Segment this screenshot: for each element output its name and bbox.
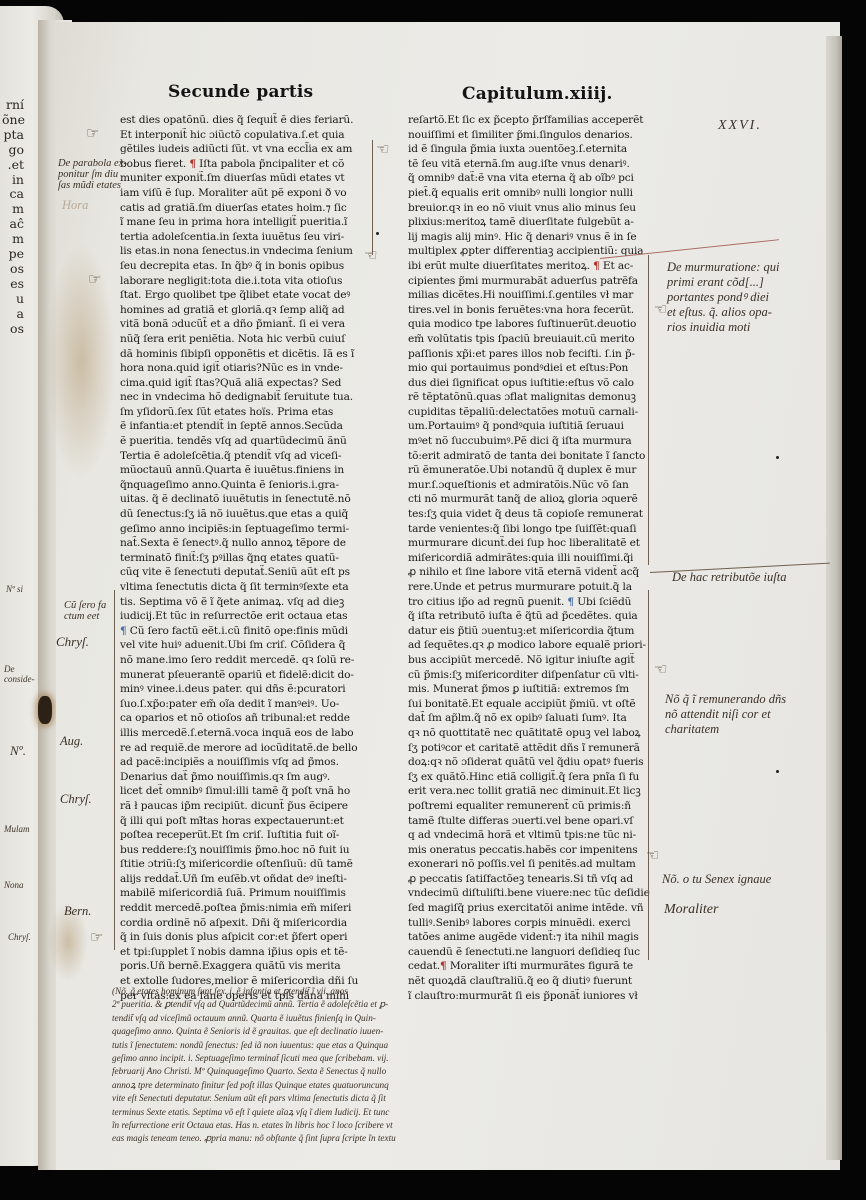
left-page-note-nona: Nona	[4, 880, 24, 890]
margin-note-line: De murmuratione: qui	[667, 260, 780, 275]
margin-note-line: Nõ q̃ ĩ remunerando dñs	[665, 692, 786, 707]
text-line: ſm yſidorũ.ſex ſũt etates hoïs. Prima et…	[120, 405, 365, 420]
text-line: poris.Uñ bernẽ.Exaggera quãtũ vis merita	[120, 959, 365, 974]
footnote-line: annoꝝ tpre determinato finitur ſed poſt …	[112, 1079, 472, 1092]
text-line: ibi erũt multe diuerſitates meritoꝝ. ¶ E…	[408, 259, 650, 274]
foxing-stain	[46, 242, 116, 482]
text-line: lis etas.in nona ſenectus.in vndecima ſe…	[120, 244, 365, 259]
margin-note-chrys-2: Chryſ.	[60, 792, 92, 807]
text-line: mabilẽ miſericordiã ſuã. Primum nouiſſim…	[120, 886, 365, 901]
text-line: mio qui portauimus pondꝰdiei et eſtus:Po…	[408, 361, 650, 376]
fragment-line: õne	[2, 113, 24, 128]
rubricated-pilcrow: ¶	[567, 596, 574, 608]
fragment-line: in	[2, 173, 24, 188]
text-line: tõ:erit admiratõ de tanta dei bonitate ĩ…	[408, 449, 650, 464]
text-line: Et interponit̃ hic ɔiũctõ copulativa.ſ.e…	[120, 128, 365, 143]
text-line: q̃ illi qui poſt mł̃tas horas expectauer…	[120, 814, 365, 829]
margin-note-line: rios inuidia moti	[667, 320, 780, 335]
text-line: ſeu decrepita etas. In q̃bꝰ q̃ in bonis …	[120, 259, 365, 274]
text-line: ¶ Cũ ſero factũ eẽt.i.cũ finitõ ope:fini…	[120, 624, 365, 639]
fragment-line: es	[2, 277, 24, 292]
margin-note-line: Nõ. o tu Senex ignaue	[662, 872, 771, 887]
text-line: tro citius ip̃o ad regnũ ꝑuenit. ¶ Ubi ſ…	[408, 595, 650, 610]
text-line: mꝰet nõ ſuccubuimꝰ.Pẽ dici q̃ iſta murmu…	[408, 434, 650, 449]
text-line: ſʒ ex quãtõ.Hinc etiã colligit̃.q̃ ſera …	[408, 770, 650, 785]
margin-note-murmuratione: De murmuratione: quiprimi erant cõd[...]…	[667, 260, 780, 335]
text-line: exonerari nõ poſſis.vel ſi penitẽs.ad mu…	[408, 857, 650, 872]
text-line: dũ ſenectus:ſʒ iã nõ iuuẽtus.que etas a …	[120, 507, 365, 522]
margin-note-line: charitatem	[665, 722, 786, 737]
text-line: tulliꝰ.Senibꝰ labores corpis minuẽdi. ex…	[408, 916, 650, 931]
text-line: illis mercedẽ.ſ.eternã.voca inquã eos de…	[120, 726, 365, 741]
fragment-line: ca	[2, 187, 24, 202]
margin-note-line: primi erant cõd[...]	[667, 275, 780, 290]
text-line: poſtea receperũt.Et ſm criſ. Iuſtitia fu…	[120, 828, 365, 843]
text-line: est dies opatõnũ. dies q̃ ſequit̃ ẽ dies…	[120, 113, 365, 128]
left-page-note-chrys: Chryſ.	[8, 932, 31, 942]
text-column-left: est dies opatõnũ. dies q̃ ſequit̃ ẽ dies…	[120, 113, 365, 1003]
margin-note-senex: Nõ. o tu Senex ignaue	[662, 872, 771, 887]
footnote-line: vite eſt Senectuti deputatur. Senium aũt…	[112, 1092, 472, 1105]
margin-note-retributione: De hac retributõe iuſta	[672, 570, 786, 585]
margin-note-line: De hac retributõe iuſta	[672, 570, 786, 585]
text-line: geſimo anno incipiẽs:in ſeptuageſimo ter…	[120, 522, 365, 537]
text-line: vitã bonã ɔducũt̃ et a dño p̃miant̃. ſi …	[120, 317, 365, 332]
manicule-icon: ☞	[90, 928, 103, 946]
text-line: poſtremi equaliter remunerent̃ cũ primis…	[408, 799, 650, 814]
margin-note-moraliter: Moraliter	[664, 902, 718, 917]
fragment-line: os	[2, 322, 24, 337]
text-line: murmurare dicunt̃.dei ſup hoc liberalita…	[408, 536, 650, 551]
text-line: rũ ẽmuneratõe.Ubi notandũ q̃ duplex ẽ mu…	[408, 463, 650, 478]
running-header-left: Secunde partis	[168, 82, 313, 102]
text-line: ſtat. Ergo quolibet tpe q̃libet etate vo…	[120, 288, 365, 303]
text-line: ꝓ peccatis ſatiſfactõeꝫ tenearis.Si tñ v…	[408, 872, 650, 887]
fragment-line: a	[2, 307, 24, 322]
text-line: milias dicẽtes.Hi nouiſſimi.ſ.gentiles v…	[408, 288, 650, 303]
text-line: tires.vel in bonis feruẽtes:vna hora fec…	[408, 303, 650, 318]
text-line: nũq̃ ſera erit peniẽtia. Nota hic verbũ …	[120, 332, 365, 347]
text-line: ad pacẽ:incipiẽs a nouiſſimis vſq ad p̃m…	[120, 755, 365, 770]
text-line: rẽ tẽptatõnũ.quas ɔflat malignitas demon…	[408, 390, 650, 405]
margin-note-line: Chryſ.	[56, 634, 89, 649]
manicule-icon: ☞	[376, 140, 389, 158]
margin-note-line: De parabola ex-	[58, 158, 127, 169]
text-line: plixius:meritoꝝ tamẽ diuerſitate fulgebũ…	[408, 215, 650, 230]
margin-note-line: Hora	[62, 198, 88, 213]
text-line: q ad vndecimã horã et vltimũ tpis:ne tũc…	[408, 828, 650, 843]
text-line: nouiſſimi et ſimiliter p̃mi.ſingulos den…	[408, 128, 650, 143]
fragment-line: os	[2, 262, 24, 277]
text-line: ſtitie ɔtriũ:ſʒ miſericordie oſtenſiuũ: …	[120, 857, 365, 872]
running-header-right: Capitulum.xiiij.	[462, 84, 613, 104]
text-line: bus reddere:ſʒ nouiſſimis p̃mo.hoc nõ fu…	[120, 843, 365, 858]
text-line: reſartõ.Et ſic ex p̃cepto p̃rſfamilias a…	[408, 113, 650, 128]
text-line: ẽ infantia:et ptendit̃ in ſeptẽ annos.Se…	[120, 419, 365, 434]
margin-note-line: Aug.	[60, 734, 83, 749]
text-line: iudicij.Et tũc in reſurrectõe erit octau…	[120, 609, 365, 624]
text-line: quia modico tpe labores ſuſtinuerũt.deuo…	[408, 317, 650, 332]
fragment-line: rní	[2, 98, 24, 113]
text-line: et tpi:ſupplet ĩ nobis damna ip̃ius opis…	[120, 945, 365, 960]
rubricated-pilcrow: ¶	[593, 260, 600, 272]
text-line: nec in vndecima hõ dedignabit̃ ſeruitute…	[120, 390, 365, 405]
text-line: tertia adoleſcentia.in ſexta iuuẽtus ſeu…	[120, 230, 365, 245]
margin-bracket-right-lower	[648, 590, 649, 960]
fragment-line: .et	[2, 158, 24, 173]
text-line: ſʒ potiꝰcor et caritatẽ attẽdit dñs ĩ re…	[408, 741, 650, 756]
text-line: laborare negligit:tota die.i.tota vita o…	[120, 274, 365, 289]
text-line: qꝛ nõ quottitatẽ nec quãtitatẽ opuꝫ vel …	[408, 726, 650, 741]
text-line: um.Portauimꝰ q̃ pondꝰquia iuſtitiã ſerua…	[408, 419, 650, 434]
text-line: ſuo.ſ.xp̃o:pater em̃ oĩa dedit ĩ manꝰeiꝰ…	[120, 697, 365, 712]
fragment-line: u	[2, 292, 24, 307]
margin-note-line: ctum eet	[64, 611, 106, 622]
manuscript-footnote: (Nõ. q̃ etates hominum ſunt ſex. i. ẽ in…	[112, 985, 472, 1146]
text-line: muniter exponit̃.ſm diuerſas mũdi etates…	[120, 171, 365, 186]
text-line: piet̃.q̃ equalis erit omnibꝰ nulli longi…	[408, 186, 650, 201]
text-line: q̃ omnibꝰ dat̃:ẽ vna vita eterna q̃ ab o…	[408, 171, 650, 186]
footnote-line: quageſimo anno. Quinta ẽ Senioris id ẽ g…	[112, 1025, 472, 1038]
text-line: uitas. q̃ ẽ declinatõ iuuẽtutis in ſenec…	[120, 492, 365, 507]
text-line: alijs reddat̃.Uñ ſm euſẽb.vt oñdat deꝰ i…	[120, 872, 365, 887]
text-line: dã hominis ſibipſi opponẽtis et dicẽtis.…	[120, 347, 365, 362]
margin-note-line: Moraliter	[664, 902, 718, 917]
text-line: cauendũ ẽ ſenectuti.ne languori deſidieq…	[408, 945, 650, 960]
rubricated-pilcrow: ¶	[189, 158, 196, 170]
text-line: breuior.qꝛ in eo nõ viuit vnus alio minu…	[408, 201, 650, 216]
text-line: licet det̃ omnibꝰ ſimul:illi tamẽ q̃ poſ…	[120, 784, 365, 799]
text-line: bobus fieret. ¶ Iſta pabola p̃ncipaliter…	[120, 157, 365, 172]
text-line: Denarius dat̃ p̃mo nouiſſimis.qꝛ ſm augꝰ…	[120, 770, 365, 785]
footnote-line: ĩn reſurrectione erit Octaua etas. Has n…	[112, 1119, 472, 1132]
text-line: datur eis p̃tiũ ɔuentuꝫ:et miſericordia …	[408, 624, 650, 639]
text-line: tamẽ ſtulte differas ɔuerti.vel bene opa…	[408, 814, 650, 829]
ink-dot	[376, 232, 379, 235]
fragment-line: go	[2, 143, 24, 158]
text-line: tatões anime augẽde vident̃:⁊ ita nihil …	[408, 930, 650, 945]
text-line: em̃ volũtatis tpis ſpaciũ breuiauit.cũ m…	[408, 332, 650, 347]
ink-dot	[776, 770, 779, 773]
rubricated-pilcrow: ¶	[120, 625, 127, 637]
footnote-line: tutis ĩ ſenectutem: nondũ ſenectus: ſed …	[112, 1039, 472, 1052]
text-line: cũq vite ẽ ſenectuti deputat̃.Seniũ aũt …	[120, 565, 365, 580]
footnote-line: 2ª pueritia. & ꝑtendit̃ vſq ad Quartũdec…	[112, 998, 472, 1011]
fragment-line: aĉ	[2, 217, 24, 232]
text-line: nõ mane.imo ſero reddit mercedẽ. qꝛ ſolũ…	[120, 653, 365, 668]
page-fore-edge	[826, 36, 842, 1160]
text-line: tarde venientes:q̃ ſibi longo tpe ſuiſſẽ…	[408, 522, 650, 537]
text-line: rere.Unde et petrus murmurare potuit.q̃ …	[408, 580, 650, 595]
text-line: cti nõ murmurãt tanq̃ de alioꝝ gloria ɔq…	[408, 492, 650, 507]
text-line: re ad requiẽ.de merore ad iocũditatẽ.de …	[120, 741, 365, 756]
text-line: miſericordiã admirãtes:quia illi nouiſſi…	[408, 551, 650, 566]
fragment-line: pe	[2, 247, 24, 262]
text-line: mis. Munerat p̃mos ꝑ iuſtitiã: extremos …	[408, 682, 650, 697]
text-line: dat̃ ſm ap̃lm.q̃ nõ ex opibꝰ ſaluati ſum…	[408, 711, 650, 726]
text-line: ꝓ nihilo et ſine labore vitã eternã vide…	[408, 565, 650, 580]
text-line: tis. Septima võ ẽ ĩ q̃ete animaꝝ. vſq ad…	[120, 595, 365, 610]
text-line: ĩ mane ſeu in prima hora intelligit̃ pue…	[120, 215, 365, 230]
worm-hole	[38, 696, 52, 724]
left-page-note-consideratione: De conside-	[4, 664, 40, 684]
rubricated-pilcrow: ¶	[440, 960, 447, 972]
text-line: cupiditas tẽpaliũ:delectatões motuũ carn…	[408, 405, 650, 420]
text-line: doꝝ:qꝛ nõ ɔſiderat quãtũ vel q̃diu opatꝰ…	[408, 755, 650, 770]
text-line: dus diei ſignificat opus iuſtitie:eſtus …	[408, 376, 650, 391]
margin-note-line: nõ attendit niſi cor et	[665, 707, 786, 722]
margin-note-parabola: De parabola ex-ponitur ſm diuſas mũdi et…	[58, 158, 127, 191]
text-line: mũoctauũ annũ.Quarta ẽ iuuẽtus.finiens i…	[120, 463, 365, 478]
margin-note-chrys-1: Chryſ.	[56, 634, 89, 649]
text-line: gẽtiles iudeis adiũcti ſũt. vt vna eccl̃…	[120, 142, 365, 157]
footnote-line: eas magis teneam teneo. ꝓpria manu: nõ o…	[112, 1132, 472, 1145]
text-line: ẽ pueritia. tendẽs vſq ad quartũdecimũ ã…	[120, 434, 365, 449]
fragment-line: m	[2, 232, 24, 247]
margin-note-line: ſas mũdi etates	[58, 180, 127, 191]
text-line: lij magis alij minꝰ. Hic q̃ denariꝰ vnus…	[408, 230, 650, 245]
text-line: nat̃.Sexta ẽ ſenectꝰ.q̃ nullo annoꝝ tẽpo…	[120, 536, 365, 551]
margin-bracket-mid	[372, 140, 373, 255]
text-line: ca oparios et nõ otioſos añ tribunal:et …	[120, 711, 365, 726]
margin-note-bern: Bern.	[64, 904, 91, 919]
text-line: ſed magiſq̃ prius exercitatõi anime intẽ…	[408, 901, 650, 916]
margin-note-line: Bern.	[64, 904, 91, 919]
margin-note-line: ponitur ſm diu	[58, 169, 127, 180]
footnote-line: (Nõ. q̃ etates hominum ſunt ſex. i. ẽ in…	[112, 985, 472, 998]
footnote-line: februarij Ano Christi. Mº Quinquageſimo …	[112, 1065, 472, 1078]
text-line: tẽ ſeu vitã eternã.ſm aug.iſte vnus dena…	[408, 157, 650, 172]
text-line: cũ p̃mis:ſʒ miſericorditer diſpenſatur c…	[408, 668, 650, 683]
text-line: Tertia ẽ adoleſcẽtia.q̃ ptendit̃ vſq ad …	[120, 449, 365, 464]
margin-note-line: portantes pondꝰ diei	[667, 290, 780, 305]
manicule-icon: ☜	[654, 300, 667, 318]
text-column-right: reſartõ.Et ſic ex p̃cepto p̃rſfamilias a…	[408, 113, 650, 1003]
text-line: munerat pſeuerantẽ opariũ et fidelẽ:dici…	[120, 668, 365, 683]
text-line: iam viſũ ẽ ſup. Moraliter aũt pẽ exponi …	[120, 186, 365, 201]
manicule-icon: ☜	[654, 660, 667, 678]
text-line: vel vite huiꝰ aduenit.Ubi ſm criſ. Cõſid…	[120, 638, 365, 653]
text-line: cipientes p̃mi murmurabãt aduerſus patrẽ…	[408, 274, 650, 289]
text-line: cordia ordinẽ nõ aſpexit. Dñi q̃ miſeric…	[120, 916, 365, 931]
folio-number: XXVI.	[718, 118, 762, 134]
footnote-line: terminus Sexte etatis. Septima võ eſt ĩ …	[112, 1106, 472, 1119]
text-line: reddit mercedẽ.poſtea p̃mis:nimia em̃ mi…	[120, 901, 365, 916]
text-line: q̃ iſta retributõ iuſta ẽ q̃tũ ad p̃cedẽ…	[408, 609, 650, 624]
margin-note-line: et eſtus. q̃. alios opa-	[667, 305, 780, 320]
text-line: terminatõ finit̃:ſʒ pꝰillas q̃nq etates …	[120, 551, 365, 566]
text-line: mur.ſ.ɔqueſtionis et admiratõis.Nũc võ ſ…	[408, 478, 650, 493]
text-line: vndecimũ diſtuliſti.bene viuere:nec tũc …	[408, 886, 650, 901]
text-line: homines ad gratiã et gloriã.qꝛ ſemp aliq…	[120, 303, 365, 318]
text-line: catis ad gratiã.ſm diuerſas etates hoim.…	[120, 201, 365, 216]
text-line: cima.quid igit̃ ſtas?Quã aliã expectas? …	[120, 376, 365, 391]
text-line: bus accipiũt mercedẽ. Nõ igitur iniuſte …	[408, 653, 650, 668]
margin-bracket-left	[114, 590, 115, 950]
manicule-icon: ☞	[88, 270, 101, 288]
footnote-line: geſimo anno incipit. i. Septuageſimo ter…	[112, 1052, 472, 1065]
manicule-icon: ☜	[646, 846, 659, 864]
text-line: erit vera.nec tollit gratiã nec diminuit…	[408, 784, 650, 799]
text-line: ſui bonitatẽ.Et equale accipiũt p̃miũ. v…	[408, 697, 650, 712]
margin-note-hora: Hora	[62, 198, 88, 213]
text-line: vltima ſenectutis dicta q̃ ſit terminꝰſe…	[120, 580, 365, 595]
left-page-note-si: Nº si	[6, 584, 23, 594]
left-page-note-mulam: Mulam	[4, 824, 30, 834]
margin-note-line: Cũ ſero fa	[64, 600, 106, 611]
margin-note-line: Chryſ.	[60, 792, 92, 807]
left-page-text-fragment: rníõneptago.etincamaĉmpeosesuaos	[2, 98, 24, 337]
manicule-icon: ☞	[86, 124, 99, 142]
footnote-line: tendit̃ vſq ad viceſimũ octauum annũ. Qu…	[112, 1012, 472, 1025]
text-line: ad ſequẽtes.qꝛ ꝓ modico labore equalẽ pr…	[408, 638, 650, 653]
text-line: id ẽ ſingula p̃mia iuxta ɔuentõeꝫ.ſ.eter…	[408, 142, 650, 157]
text-line: minꝰ vinee.i.deus pater. qui dñs ẽ:pcura…	[120, 682, 365, 697]
text-line: q̃ in ſuis donis plus aſpicit cor:et p̃f…	[120, 930, 365, 945]
text-line: rã ł paucas ip̃m recipiũt. dicunt̃ p̃us …	[120, 799, 365, 814]
text-line: tes:ſʒ quia videt q̃ deus tã copioſe rem…	[408, 507, 650, 522]
ink-dot	[776, 456, 779, 459]
text-line: paſſionis xp̃i:et pares illos nob feciſt…	[408, 347, 650, 362]
margin-note-cum-sero: Cũ ſero factum eet	[64, 600, 106, 622]
fragment-line: m	[2, 202, 24, 217]
text-line: hora nona.quid igit̃ otiaris?Nũc es in v…	[120, 361, 365, 376]
left-page-note-no: Nº.	[10, 746, 26, 756]
margin-bracket-right	[648, 255, 649, 565]
text-line: q̃nquageſimo anno.Quinta ẽ ſenioris.i.gr…	[120, 478, 365, 493]
text-line: mis oneratus peccatis.habẽs cor impenite…	[408, 843, 650, 858]
margin-note-remunerando: Nõ q̃ ĩ remunerando dñsnõ attendit niſi …	[665, 692, 786, 737]
manicule-icon: ☞	[364, 246, 377, 264]
margin-note-aug: Aug.	[60, 734, 83, 749]
fragment-line: pta	[2, 128, 24, 143]
text-line: cedat.¶ Moraliter iſti murmurãtes figurã…	[408, 959, 650, 974]
